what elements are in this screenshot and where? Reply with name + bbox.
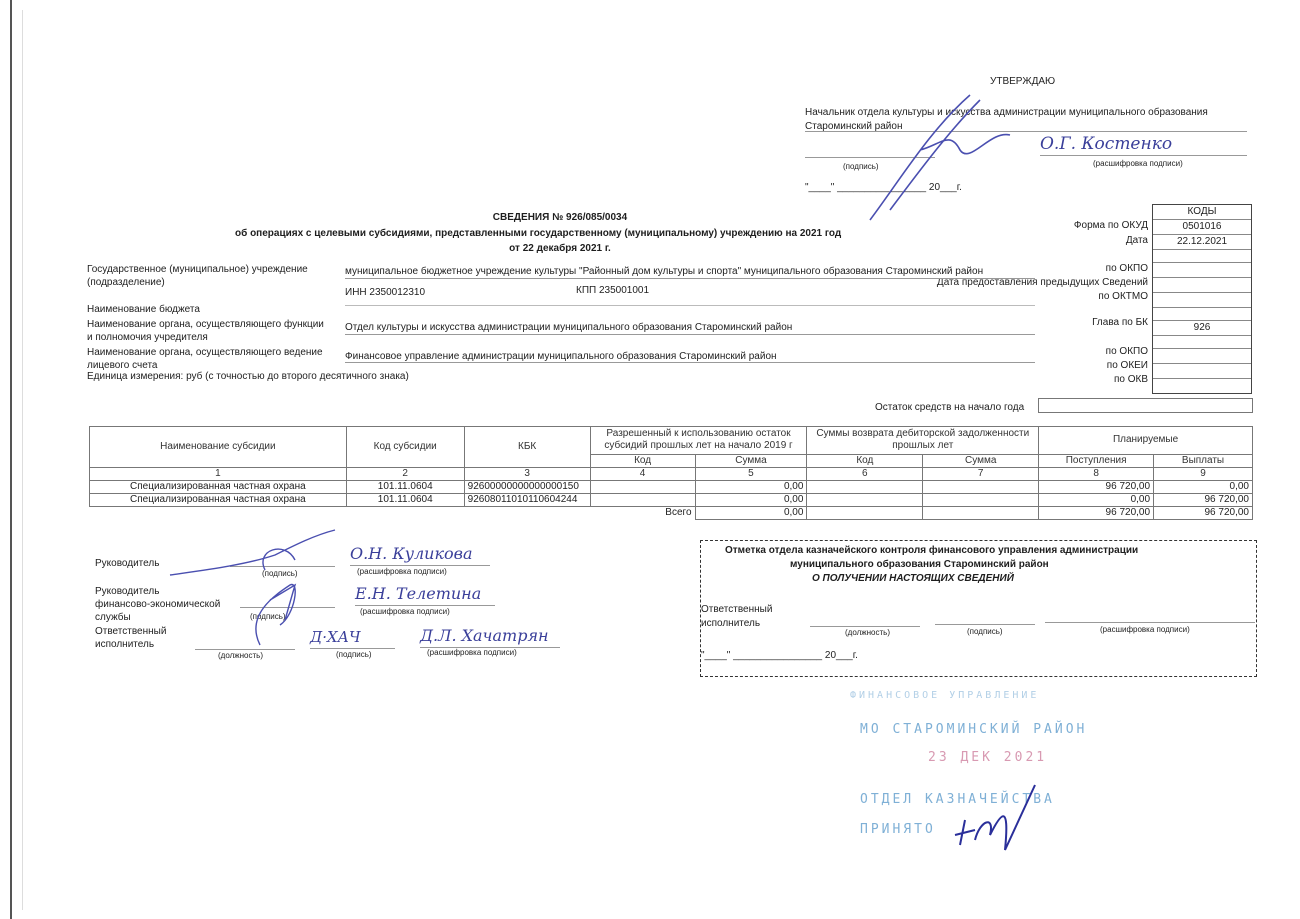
cell-perm-sum: 0,00	[695, 481, 807, 494]
exec-name-caption: (расшифровка подписи)	[427, 648, 517, 657]
cell-code: 101.11.0604	[346, 494, 464, 507]
label-glava-bk: Глава по БК	[1092, 317, 1148, 328]
institution-label-2: (подразделение)	[87, 277, 165, 288]
founder-label-2: и полномочия учредителя	[87, 332, 208, 343]
label-date: Дата	[1126, 235, 1148, 246]
cell-income: 0,00	[1039, 494, 1154, 507]
code-okpo2	[1153, 349, 1251, 364]
colnum: 9	[1154, 468, 1253, 481]
code-glava-bk: 926	[1153, 321, 1251, 336]
page-edge	[10, 0, 12, 919]
institution-label-1: Государственное (муниципальное) учрежден…	[87, 264, 308, 275]
balance-label: Остаток средств на начало года	[875, 402, 1024, 413]
label-okpo2: по ОКПО	[1106, 346, 1148, 357]
code-prev-date	[1153, 278, 1251, 293]
code-oktmo	[1153, 293, 1251, 308]
signatures-scribble	[165, 525, 365, 665]
account-label-1: Наименование органа, осуществляющего вед…	[87, 347, 323, 358]
exec-label-1: Ответственный	[95, 626, 166, 637]
code-okv	[1153, 379, 1251, 393]
treasury-line3: О ПОЛУЧЕНИИ НАСТОЯЩИХ СВЕДЕНИЙ	[812, 573, 1014, 584]
inn: ИНН 2350012310	[345, 287, 425, 298]
label-okv: по ОКВ	[1114, 374, 1148, 385]
total-payments: 96 720,00	[1154, 507, 1253, 520]
unit-label: Единица измерения: руб (с точностью до в…	[87, 371, 409, 382]
colnum: 5	[695, 468, 807, 481]
treasury-line1: Отметка отдела казначейского контроля фи…	[725, 545, 1138, 556]
cell-code: 101.11.0604	[346, 481, 464, 494]
cell-kbk: 92600000000000000150	[464, 481, 590, 494]
code-okei	[1153, 364, 1251, 379]
header-income: Поступления	[1039, 454, 1154, 467]
treasury-date-line: "____" ________________ 20___г.	[701, 650, 858, 661]
cell-perm-sum: 0,00	[695, 494, 807, 507]
treasury-line2: муниципального образования Староминский …	[790, 559, 1049, 570]
cell-ref-sum	[923, 494, 1039, 507]
doc-title: СВЕДЕНИЯ № 926/085/0034	[380, 212, 740, 223]
fin-label-1: Руководитель	[95, 586, 159, 597]
treasury-position-caption: (должность)	[845, 628, 890, 637]
head-name: О.Н. Куликова	[350, 544, 473, 563]
treasury-exec-label-1: Ответственный	[701, 604, 772, 615]
cell-perm-code	[590, 494, 695, 507]
table-row: Специализированная частная охрана 101.11…	[90, 481, 1253, 494]
account-value: Финансовое управление администрации муни…	[345, 351, 777, 362]
header-refund: Суммы возврата дебиторской задолженности…	[807, 427, 1039, 455]
balance-value	[1038, 398, 1253, 413]
exec-label-2: исполнитель	[95, 639, 154, 650]
treasury-sig-caption: (подпись)	[967, 627, 1003, 636]
label-oktmo: по ОКТМО	[1098, 291, 1148, 302]
head-label: Руководитель	[95, 558, 159, 569]
total-perm-sum: 0,00	[695, 507, 807, 520]
codes-header: КОДЫ	[1153, 205, 1251, 220]
label-okei: по ОКЕИ	[1107, 360, 1148, 371]
subsidies-table: Наименование субсидии Код субсидии КБК Р…	[89, 426, 1253, 520]
stamp-line2: МО СТАРОМИНСКИЙ РАЙОН	[860, 722, 1087, 737]
approval-heading: УТВЕРЖДАЮ	[990, 76, 1055, 87]
doc-subtitle: об операциях с целевыми субсидиями, пред…	[235, 228, 841, 239]
colnum: 7	[923, 468, 1039, 481]
cell-perm-code	[590, 481, 695, 494]
cell-income: 96 720,00	[1039, 481, 1154, 494]
codes-box: КОДЫ 0501016 22.12.2021 926	[1152, 204, 1252, 394]
cell-name: Специализированная частная охрана	[90, 494, 347, 507]
code-okpo	[1153, 263, 1251, 278]
fin-label-3: службы	[95, 612, 131, 623]
total-ref-code	[807, 507, 923, 520]
header-planned: Планируемые	[1039, 427, 1253, 455]
colnum: 2	[346, 468, 464, 481]
colnum: 6	[807, 468, 923, 481]
approval-name-caption: (расшифровка подписи)	[1093, 159, 1183, 168]
label-okpo: по ОКПО	[1106, 263, 1148, 274]
budget-label: Наименование бюджета	[87, 304, 200, 315]
cell-ref-code	[807, 481, 923, 494]
colnum: 4	[590, 468, 695, 481]
cell-payments: 0,00	[1154, 481, 1253, 494]
header-perm-sum: Сумма	[695, 454, 807, 467]
header-ref-sum: Сумма	[923, 454, 1039, 467]
header-ref-code: Код	[807, 454, 923, 467]
header-code: Код субсидии	[346, 427, 464, 468]
total-row: Всего 0,00 96 720,00 96 720,00	[90, 507, 1253, 520]
treasury-exec-label-2: исполнитель	[701, 618, 760, 629]
founder-label-1: Наименование органа, осуществляющего фун…	[87, 319, 324, 330]
total-ref-sum	[923, 507, 1039, 520]
table-row: Специализированная частная охрана 101.11…	[90, 494, 1253, 507]
header-perm-code: Код	[590, 454, 695, 467]
account-label-2: лицевого счета	[87, 360, 157, 371]
label-okud: Форма по ОКУД	[1074, 220, 1148, 231]
stamp-signature	[950, 780, 1040, 860]
institution-value: муниципальное бюджетное учреждение культ…	[345, 266, 983, 277]
page-edge-shadow	[22, 10, 23, 910]
total-income: 96 720,00	[1039, 507, 1154, 520]
stamp-line4: ПРИНЯТО	[860, 822, 936, 837]
code-blank2	[1153, 308, 1251, 321]
doc-date: от 22 декабря 2021 г.	[380, 243, 740, 254]
colnum: 8	[1039, 468, 1154, 481]
fin-name-caption: (расшифровка подписи)	[360, 607, 450, 616]
code-date: 22.12.2021	[1153, 235, 1251, 250]
column-numbers-row: 1 2 3 4 5 6 7 8 9	[90, 468, 1253, 481]
cell-kbk: 92608011010110604244	[464, 494, 590, 507]
header-kbk: КБК	[464, 427, 590, 468]
fin-name: Е.Н. Телетина	[355, 584, 481, 603]
approval-signature-scribble	[860, 90, 1020, 230]
total-label: Всего	[90, 507, 696, 520]
stamp-line1: ФИНАНСОВОЕ УПРАВЛЕНИЕ	[850, 690, 1039, 701]
colnum: 1	[90, 468, 347, 481]
cell-payments: 96 720,00	[1154, 494, 1253, 507]
header-permitted: Разрешенный к использованию остаток субс…	[590, 427, 807, 455]
head-name-caption: (расшифровка подписи)	[357, 567, 447, 576]
header-payments: Выплаты	[1154, 454, 1253, 467]
cell-name: Специализированная частная охрана	[90, 481, 347, 494]
colnum: 3	[464, 468, 590, 481]
exec-name: Д.Л. Хачатрян	[420, 626, 549, 645]
stamp-date: 23 ДЕК 2021	[928, 750, 1047, 765]
kpp: КПП 235001001	[576, 285, 649, 296]
code-okud: 0501016	[1153, 220, 1251, 235]
code-blank	[1153, 250, 1251, 263]
treasury-name-caption: (расшифровка подписи)	[1100, 625, 1190, 634]
approval-signature-name: О.Г. Костенко	[1040, 134, 1172, 154]
founder-value: Отдел культуры и искусства администрации…	[345, 322, 792, 333]
cell-ref-sum	[923, 481, 1039, 494]
code-blank3	[1153, 336, 1251, 349]
header-name: Наименование субсидии	[90, 427, 347, 468]
cell-ref-code	[807, 494, 923, 507]
